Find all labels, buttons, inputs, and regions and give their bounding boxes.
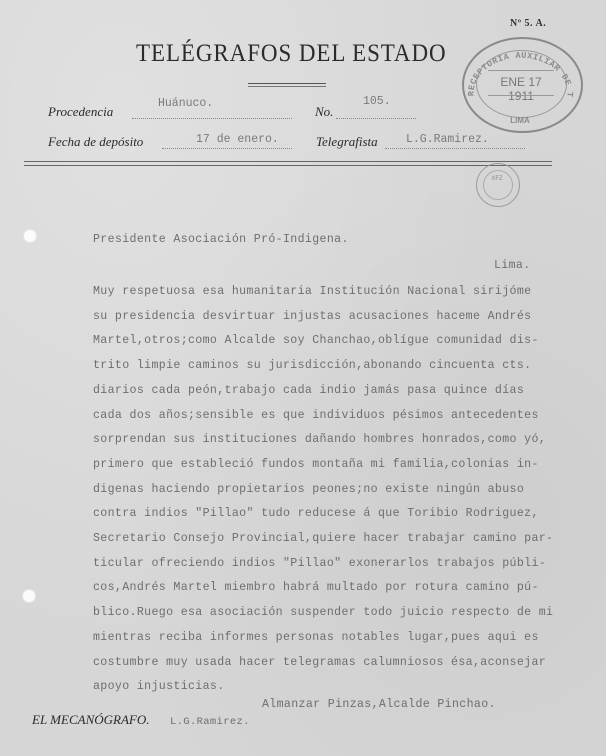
punch-hole-bottom (23, 590, 35, 602)
message-body-line: su presidencia desvirtuar injustas acusa… (93, 310, 531, 323)
numero-label: No. (315, 104, 333, 120)
fecha-deposito-value: 17 de enero. (196, 133, 279, 146)
message-body-line: diarios cada peón,trabajo cada indio jam… (93, 384, 524, 397)
telegrafista-label: Telegrafista (316, 134, 378, 150)
form-number: Nº 5. A. (510, 18, 546, 29)
stamp-lower-line (488, 95, 554, 96)
round-seal-text: XFZ (483, 176, 511, 182)
numero-value: 105. (363, 95, 391, 108)
message-body-line: Martel,otros;como Alcalde soy Chanchao,o… (93, 334, 539, 347)
message-body-line: costumbre muy usada hacer telegramas cal… (93, 656, 546, 669)
message-body-line: cos,Andrés Martel miembro habrá multado … (93, 581, 539, 594)
signature-line: Almanzar Pinzas,Alcalde Pinchao. (262, 698, 496, 711)
recipient-line: Presidente Asociación Pró-Indigena. (93, 233, 349, 246)
procedencia-dotted-line (132, 117, 292, 119)
svg-text:LIMA: LIMA (510, 116, 530, 125)
title-underline (248, 83, 326, 87)
stamp-upper-line (488, 70, 554, 71)
destination-line: Lima. (494, 259, 531, 272)
message-body-line: digenas haciendo propietarios peones;no … (93, 483, 524, 496)
message-body-line: sorprendan sus instituciones dañando hom… (93, 433, 546, 446)
message-body-line: contra indios "Pillao" tudo reducese á q… (93, 507, 539, 520)
message-body-line: apoyo injusticias. (93, 680, 225, 693)
message-body-line: primero que estableció fundos montaña mi… (93, 458, 539, 471)
message-body-line: Secretario Consejo Provincial,quiere hac… (93, 532, 553, 545)
message-body-line: cada dos años;sensible es que individuos… (93, 409, 539, 422)
fecha-deposito-dotted-line (162, 147, 292, 149)
message-body-line: mientras reciba informes personas notabl… (93, 631, 539, 644)
header-divider (24, 161, 552, 166)
fecha-deposito-label: Fecha de depósito (48, 134, 143, 150)
numero-dotted-line (336, 117, 416, 119)
mecanografo-value: L.G.Ramirez. (170, 716, 250, 728)
telegrafista-value: L.G.Ramirez. (406, 133, 489, 146)
stamp-date: ENE 17 1911 (486, 75, 556, 103)
message-body-line: ticular ofreciendo indios "Pillao" exone… (93, 557, 546, 570)
punch-hole-top (24, 230, 36, 242)
procedencia-label: Procedencia (48, 104, 113, 120)
message-body-line: Muy respetuosa esa humanitaria Instituci… (93, 285, 531, 298)
message-body-line: blico.Ruego esa asociación suspender tod… (93, 606, 553, 619)
document-title: TELÉGRAFOS DEL ESTADO (136, 40, 447, 68)
telegrafista-dotted-line (385, 147, 525, 149)
round-seal-inner (483, 170, 513, 200)
mecanografo-label: EL MECANÓGRAFO. (32, 712, 149, 728)
message-body-line: trito limpie caminos su jurisdicción,abo… (93, 359, 531, 372)
procedencia-value: Huánuco. (158, 97, 213, 110)
